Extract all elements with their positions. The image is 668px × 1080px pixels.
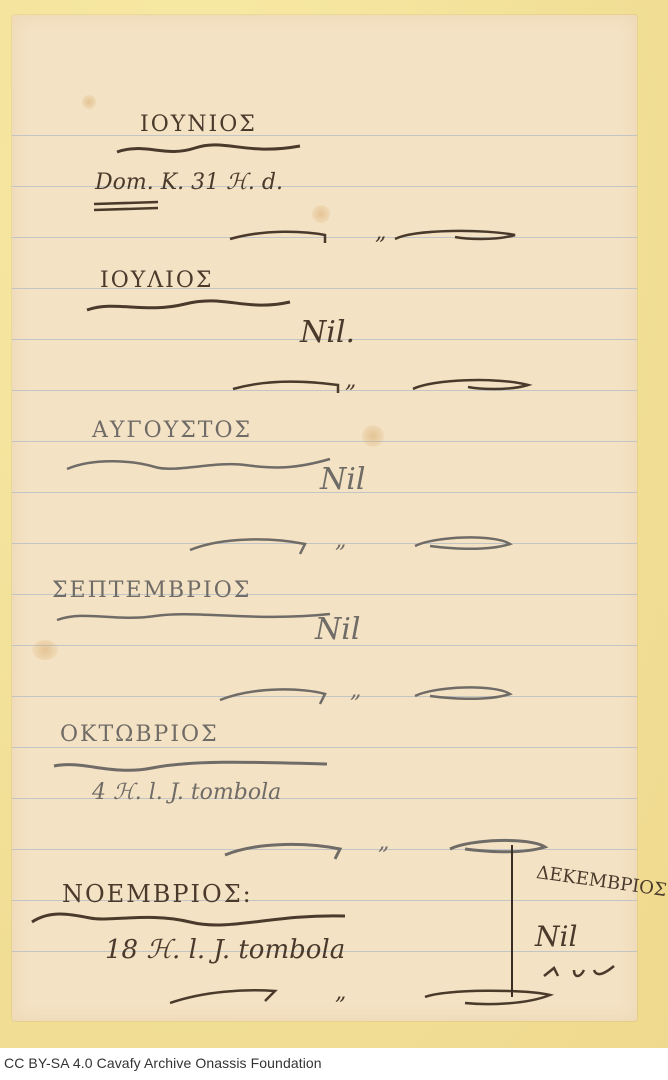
wavy-underline: [115, 140, 305, 160]
wavy-underline: [85, 296, 295, 316]
wavy-underline: [52, 758, 332, 780]
vertical-divider-line: [511, 845, 513, 997]
ditto-mark: „: [350, 678, 361, 703]
ditto-flourish: [165, 985, 555, 1009]
paper-stain: [32, 640, 58, 660]
ditto-flourish: [540, 962, 620, 984]
ditto-mark: „: [345, 368, 356, 393]
paper-stain: [362, 425, 384, 447]
paper-stain: [82, 95, 96, 109]
month-heading-november: ΝΟΕΜΒΡΙΟΣ:: [62, 880, 253, 908]
ditto-mark: „: [335, 528, 346, 553]
double-underline: [92, 200, 162, 214]
entry-line-october: 4 ℋ. l. J. tombola: [92, 780, 281, 805]
month-heading-july: ΙΟΥΛΙΟΣ: [100, 268, 213, 293]
ditto-flourish: [215, 682, 515, 708]
entry-line-august: Nil: [320, 462, 365, 497]
month-heading-june: ΙΟΥΝΙΟΣ: [140, 112, 257, 137]
entry-line-june: Dom. K. 31 ℋ. d.: [95, 170, 283, 195]
ruled-line: [12, 135, 637, 136]
ditto-mark: „: [335, 980, 346, 1005]
ditto-flourish: [228, 375, 533, 397]
copyright-caption: CC BY-SA 4.0 Cavafy Archive Onassis Foun…: [4, 1055, 322, 1071]
month-heading-august: ΑΥΓΟΥΣΤΟΣ: [92, 418, 252, 443]
ditto-mark: „: [375, 220, 386, 245]
entry-line-september: Nil: [315, 612, 360, 647]
month-heading-october: ΟΚΤΩΒΡΙΟΣ: [60, 722, 219, 747]
entry-line-november: 18 ℋ. l. J. tombola: [105, 935, 345, 965]
wavy-underline: [65, 455, 335, 479]
ditto-mark: „: [378, 830, 389, 855]
wavy-underline: [30, 908, 350, 930]
ruled-line: [12, 747, 637, 748]
month-heading-september: ΣΕΠΤΕΜΒΡΙΟΣ: [52, 578, 251, 603]
ditto-flourish: [225, 225, 520, 247]
entry-line-july: Nil.: [300, 315, 355, 350]
entry-line-december: Nil: [535, 920, 577, 953]
wavy-underline: [55, 608, 335, 630]
ditto-flourish: [185, 532, 515, 558]
paper-stain: [312, 205, 330, 223]
